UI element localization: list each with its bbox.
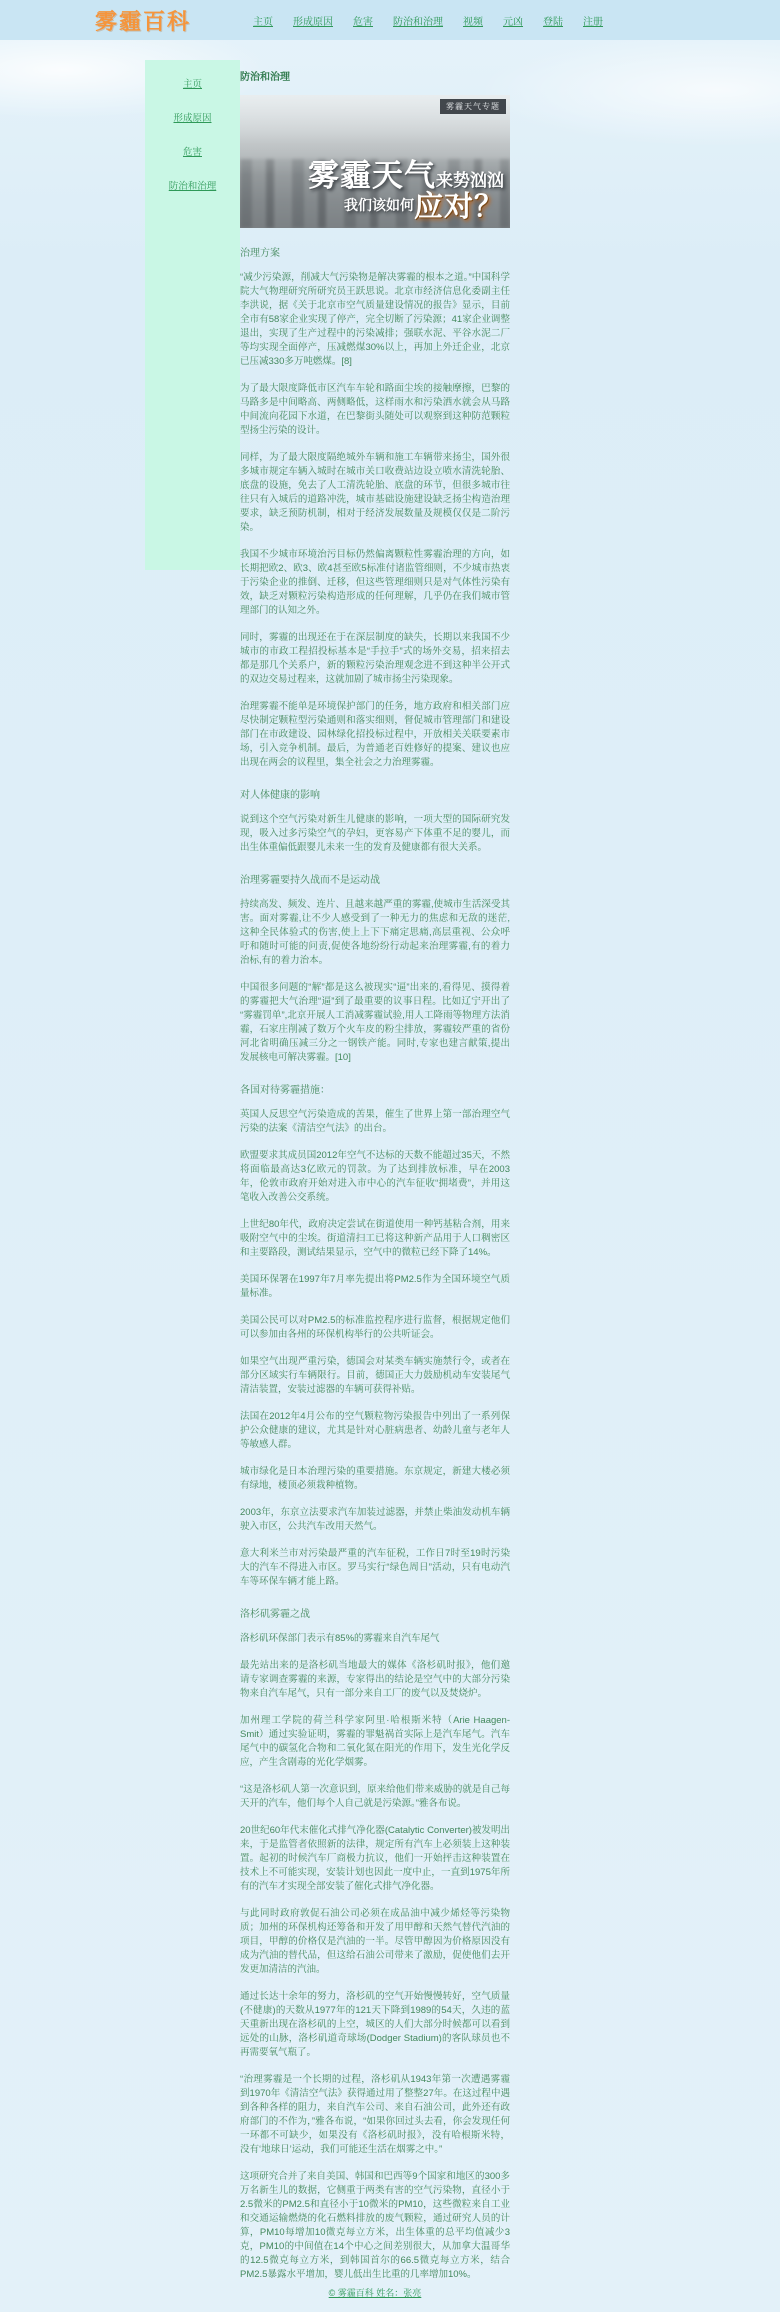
- paragraph: 洛杉矶环保部门表示有85%的雾霾来自汽车尾气: [240, 1632, 510, 1646]
- paragraph: “减少污染源，削减大气污染物是解决雾霾的根本之道。”中国科学院大气物理研究所研究…: [240, 271, 510, 369]
- paragraph: 20世纪60年代末催化式排气净化器(Catalytic Converter)被发…: [240, 1824, 510, 1894]
- paragraph: 欧盟要求其成员国2012年空气不达标的天数不能超过35天，不然将面临最高达3亿欧…: [240, 1149, 510, 1205]
- banner-line2-small: 我们该如何: [344, 197, 414, 213]
- section-heading: 治理方案: [240, 244, 510, 259]
- nav-item-6[interactable]: 登陆: [543, 13, 563, 28]
- paragraph: 英国人反思空气污染造成的苦果，催生了世界上第一部治理空气污染的法案《清洁空气法》…: [240, 1108, 510, 1136]
- site-logo[interactable]: 雾霾百科: [95, 5, 191, 36]
- section-heading: 各国对待雾霾措施：: [240, 1081, 510, 1096]
- paragraph: 持续高发、频发、连片、且越来越严重的雾霾,使城市生活深受其害。面对雾霾,让不少人…: [240, 898, 510, 968]
- paragraph: 上世纪80年代，政府决定尝试在街道使用一种钙基粘合剂，用来吸附空气中的尘埃。街道…: [240, 1218, 510, 1260]
- page-title: 防治和治理: [240, 68, 510, 83]
- paragraph: 为了最大限度降低市区汽车车轮和路面尘埃的接触摩擦，巴黎的马路多是中间略高、两侧略…: [240, 382, 510, 438]
- sidebar-menu: 主页形成原因危害防治和治理: [145, 60, 240, 570]
- nav-item-1[interactable]: 形成原因: [293, 13, 333, 28]
- top-nav: 主页形成原因危害防治和治理视频元凶登陆注册: [253, 13, 603, 28]
- page: { "site": { "logo": "雾霾百科" }, "nav": { "…: [0, 0, 780, 2312]
- sidebar-item-0[interactable]: 主页: [145, 76, 240, 90]
- paragraph: 意大利米兰市对污染最严重的汽车征税，工作日7时至19时污染大的汽车不得进入市区。…: [240, 1547, 510, 1589]
- nav-item-7[interactable]: 注册: [583, 13, 603, 28]
- paragraph: 法国在2012年4月公布的空气颗粒物污染报告中列出了一系列保护公众健康的建议，尤…: [240, 1410, 510, 1452]
- paragraph: 城市绿化是日本治理污染的重要措施。东京规定，新建大楼必须有绿地，楼顶必须栽种植物…: [240, 1465, 510, 1493]
- main-content: 防治和治理 雾霾天气专题 雾霾天气来势汹汹 我们该如何应对？ 治理方案“减少污染…: [240, 60, 510, 2295]
- footer-copyright-link[interactable]: © 雾霾百科 姓名：张亮: [329, 2288, 422, 2298]
- paragraph: 美国环保署在1997年7月率先提出将PM2.5作为全国环境空气质量标准。: [240, 1273, 510, 1301]
- section-heading: 对人体健康的影响: [240, 786, 510, 801]
- header-bar: 雾霾百科 主页形成原因危害防治和治理视频元凶登陆注册: [0, 0, 780, 40]
- banner-line1-small: 来势汹汹: [436, 171, 504, 190]
- paragraph: 与此同时政府敦促石油公司必须在成品油中减少烯烃等污染物质；加州的环保机构还筹备和…: [240, 1907, 510, 1977]
- article-body: 治理方案“减少污染源，削减大气污染物是解决雾霾的根本之道。”中国科学院大气物理研…: [240, 244, 510, 2282]
- banner-headline: 雾霾天气来势汹汹 我们该如何应对？: [308, 160, 504, 222]
- paragraph: 通过长达十余年的努力，洛杉矶的空气开始慢慢转好，空气质量(不健康)的天数从197…: [240, 1990, 510, 2060]
- banner-badge: 雾霾天气专题: [440, 99, 506, 114]
- paragraph: 最先站出来的是洛杉矶当地最大的媒体《洛杉矶时报》，他们邀请专家调查雾霾的来源，专…: [240, 1659, 510, 1701]
- paragraph: 同时，雾霾的出现还在于在深层制度的缺失，长期以来我国不少城市的市政工程招投标基本…: [240, 631, 510, 687]
- section-heading: 治理雾霾要持久战而不是运动战: [240, 871, 510, 886]
- nav-item-4[interactable]: 视频: [463, 13, 483, 28]
- paragraph: 这项研究合并了来自美国、韩国和巴西等9个国家和地区的300多万名新生儿的数据，它…: [240, 2170, 510, 2282]
- banner-line1-big: 雾霾天气: [308, 158, 436, 193]
- paragraph: 中国很多问题的“解”都是这么被现实“逼”出来的,看得见、摸得着的雾霾把大气治理“…: [240, 981, 510, 1065]
- paragraph: 治理雾霾不能单是环境保护部门的任务，地方政府和相关部门应尽快制定颗粒型污染通则和…: [240, 700, 510, 770]
- nav-item-0[interactable]: 主页: [253, 13, 273, 28]
- paragraph: 加州理工学院的荷兰科学家阿里·哈根斯米特（Arie Haagen-Smit）通过…: [240, 1714, 510, 1770]
- paragraph: 同样，为了最大限度隔绝城外车辆和施工车辆带来扬尘，国外很多城市规定车辆入城时在城…: [240, 451, 510, 535]
- paragraph: 2003年，东京立法要求汽车加装过滤器，并禁止柴油发动机车辆驶入市区，公共汽车改…: [240, 1506, 510, 1534]
- banner-line2-big: 应对？: [414, 191, 504, 223]
- section-heading: 洛杉矶雾霾之战: [240, 1605, 510, 1620]
- paragraph: 美国公民可以对PM2.5的标准监控程序进行监督，根据规定他们可以参加由各州的环保…: [240, 1314, 510, 1342]
- sidebar-item-1[interactable]: 形成原因: [145, 110, 240, 124]
- paragraph: 如果空气出现严重污染，德国会对某类车辆实施禁行令，或者在部分区域实行车辆限行。目…: [240, 1355, 510, 1397]
- footer: © 雾霾百科 姓名：张亮: [240, 2283, 510, 2301]
- nav-item-2[interactable]: 危害: [353, 13, 373, 28]
- paragraph: 说到这个空气污染对新生儿健康的影响，一项大型的国际研究发现，吸入过多污染空气的孕…: [240, 813, 510, 855]
- nav-item-3[interactable]: 防治和治理: [393, 13, 443, 28]
- sidebar-item-2[interactable]: 危害: [145, 144, 240, 158]
- sidebar-item-3[interactable]: 防治和治理: [145, 178, 240, 192]
- nav-item-5[interactable]: 元凶: [503, 13, 523, 28]
- banner-image: 雾霾天气专题 雾霾天气来势汹汹 我们该如何应对？: [240, 95, 510, 228]
- paragraph: 我国不少城市环境治污目标仍然偏离颗粒性雾霾治理的方向，如长期把欧2、欧3、欧4甚…: [240, 548, 510, 618]
- paragraph: “这是洛杉矶人第一次意识到，原来给他们带来威胁的就是自己每天开的汽车，他们每个人…: [240, 1783, 510, 1811]
- paragraph: “治理雾霾是一个长期的过程，洛杉矶从1943年第一次遭遇雾霾到1970年《清洁空…: [240, 2073, 510, 2157]
